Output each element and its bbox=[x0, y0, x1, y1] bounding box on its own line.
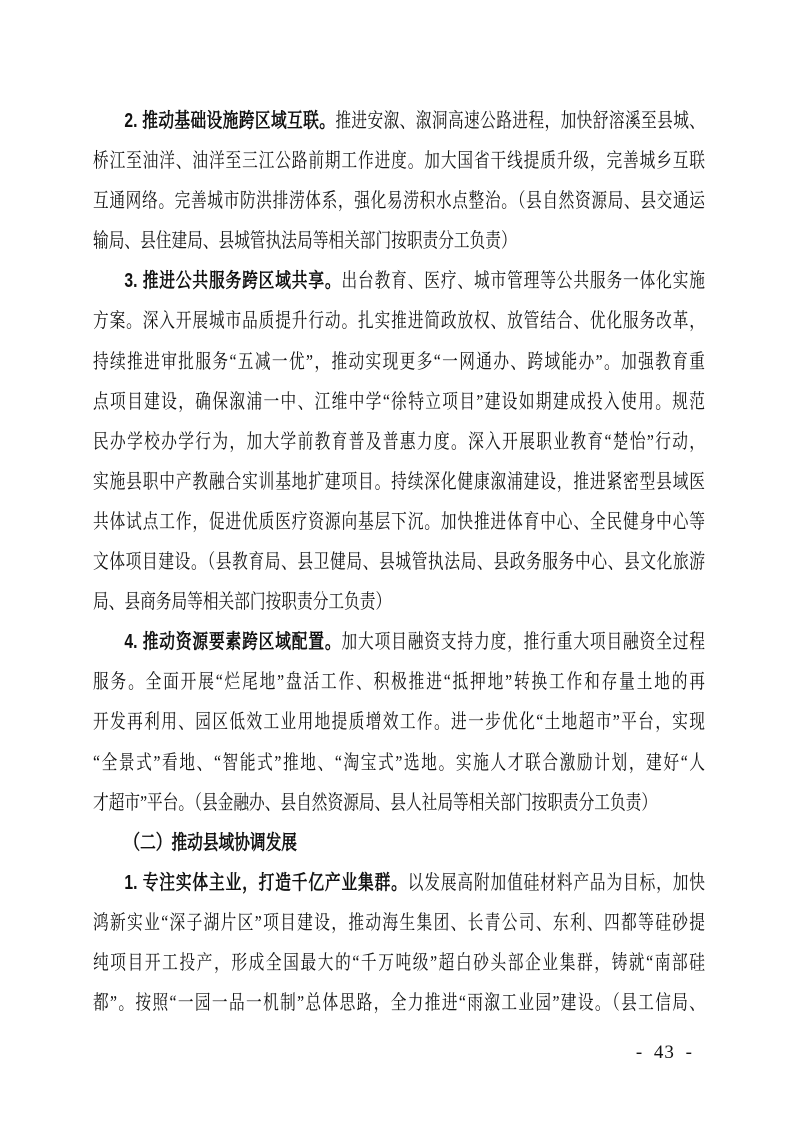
paragraph-text: 出台教育、医疗、城市管理等公共服务一体化实施 bbox=[341, 270, 705, 292]
document-body: 2. 推动基础设施跨区域互联。推进安溆、溆洞高速公路进程，加快舒溶溪至县城、桥江… bbox=[93, 101, 705, 1023]
paragraph-text: 点项目建设，确保溆浦一中、江维中学“徐特立项目”建设如期建成投入使用。规范 bbox=[93, 391, 705, 413]
paragraph-text: 纯项目开工投产，形成全国最大的“千万吨级”超白砂头部企业集群，铸就“南部硅 bbox=[93, 952, 705, 974]
body-line: 都”。按照“一园一品一机制”总体思路，全力推进“雨溆工业园”建设。（县工信局、 bbox=[93, 983, 705, 1023]
paragraph-text: 桥江至油洋、油洋至三江公路前期工作进度。加大国省干线提质升级，完善城乡互联 bbox=[93, 150, 705, 172]
body-line: 2. 推动基础设施跨区域互联。推进安溆、溆洞高速公路进程，加快舒溶溪至县城、 bbox=[93, 101, 705, 141]
body-line: 共体试点工作，促进优质医疗资源向基层下沉。加快推进体育中心、全民健身中心等 bbox=[93, 502, 705, 542]
paragraph-text: 民办学校办学行为，加大学前教育普及普惠力度。深入开展职业教育“楚怡”行动， bbox=[93, 431, 705, 453]
paragraph-lead: 2. 推动基础设施跨区域互联。 bbox=[124, 110, 335, 132]
body-line: 服务。全面开展“烂尾地”盘活工作、积极推进“抵押地”转换工作和存量土地的再 bbox=[93, 662, 705, 702]
body-line: 桥江至油洋、油洋至三江公路前期工作进度。加大国省干线提质升级，完善城乡互联 bbox=[93, 141, 705, 181]
body-line: 持续推进审批服务“五减一优”，推动实现更多“一网通办、跨域能办”。加强教育重 bbox=[93, 342, 705, 382]
paragraph-text: 开发再利用、园区低效工业用地提质增效工作。进一步优化“土地超市”平台，实现 bbox=[93, 711, 705, 733]
body-line: 鸿新实业“深子湖片区”项目建设，推动海生集团、长青公司、东利、四都等硅砂提 bbox=[93, 903, 705, 943]
paragraph-text: 方案。深入开展城市品质提升行动。扎实推进简政放权、放管结合、优化服务改革， bbox=[93, 310, 705, 332]
body-line: 方案。深入开展城市品质提升行动。扎实推进简政放权、放管结合、优化服务改革， bbox=[93, 301, 705, 341]
body-line: 1. 专注实体主业，打造千亿产业集群。以发展高附加值硅材料产品为目标，加快 bbox=[93, 863, 705, 903]
body-line: “全景式”看地、“智能式”推地、“淘宝式”选地。实施人才联合激励计划，建好“人 bbox=[93, 743, 705, 783]
paragraph-text: 共体试点工作，促进优质医疗资源向基层下沉。加快推进体育中心、全民健身中心等 bbox=[93, 511, 705, 533]
body-line: 3. 推进公共服务跨区域共享。出台教育、医疗、城市管理等公共服务一体化实施 bbox=[93, 261, 705, 301]
paragraph-text: 局、县商务局等相关部门按职责分工负责） bbox=[93, 591, 391, 613]
body-line: 局、县商务局等相关部门按职责分工负责） bbox=[93, 582, 705, 622]
body-line: 输局、县住建局、县城管执法局等相关部门按职责分工负责） bbox=[93, 221, 705, 261]
body-line: 实施县职中产教融合实训基地扩建项目。持续深化健康溆浦建设，推进紧密型县域医 bbox=[93, 462, 705, 502]
body-line: 才超市”平台。（县金融办、县自然资源局、县人社局等相关部门按职责分工负责） bbox=[93, 783, 705, 823]
paragraph-text: 输局、县住建局、县城管执法局等相关部门按职责分工负责） bbox=[93, 230, 517, 252]
body-line: 4. 推动资源要素跨区域配置。加大项目融资支持力度，推行重大项目融资全过程 bbox=[93, 622, 705, 662]
body-line: （二）推动县域协调发展 bbox=[93, 823, 705, 863]
paragraph-text: 鸿新实业“深子湖片区”项目建设，推动海生集团、长青公司、东利、四都等硅砂提 bbox=[93, 912, 705, 934]
paragraph-lead: 1. 专注实体主业，打造千亿产业集群。 bbox=[124, 872, 407, 894]
body-line: 开发再利用、园区低效工业用地提质增效工作。进一步优化“土地超市”平台，实现 bbox=[93, 702, 705, 742]
paragraph-text: 以发展高附加值硅材料产品为目标，加快 bbox=[408, 872, 705, 894]
paragraph-text: 文体项目建设。（县教育局、县卫健局、县城管执法局、县政务服务中心、县文化旅游 bbox=[93, 551, 705, 573]
body-line: 互通网络。完善城市防洪排涝体系，强化易涝积水点整治。（县自然资源局、县交通运 bbox=[93, 181, 705, 221]
body-line: 民办学校办学行为，加大学前教育普及普惠力度。深入开展职业教育“楚怡”行动， bbox=[93, 422, 705, 462]
body-line: 点项目建设，确保溆浦一中、江维中学“徐特立项目”建设如期建成投入使用。规范 bbox=[93, 382, 705, 422]
paragraph-text: 才超市”平台。（县金融办、县自然资源局、县人社局等相关部门按职责分工负责） bbox=[93, 792, 657, 814]
body-line: 文体项目建设。（县教育局、县卫健局、县城管执法局、县政务服务中心、县文化旅游 bbox=[93, 542, 705, 582]
page-number: - 43 - bbox=[636, 1042, 693, 1064]
paragraph-text: 推进安溆、溆洞高速公路进程，加快舒溶溪至县城、 bbox=[335, 110, 705, 132]
paragraph-lead: 3. 推进公共服务跨区域共享。 bbox=[124, 270, 341, 292]
document-page: 2. 推动基础设施跨区域互联。推进安溆、溆洞高速公路进程，加快舒溶溪至县城、桥江… bbox=[0, 0, 793, 1122]
paragraph-lead: （二）推动县域协调发展 bbox=[124, 832, 297, 854]
paragraph-text: “全景式”看地、“智能式”推地、“淘宝式”选地。实施人才联合激励计划，建好“人 bbox=[93, 752, 705, 774]
paragraph-text: 都”。按照“一园一品一机制”总体思路，全力推进“雨溆工业园”建设。（县工信局、 bbox=[93, 992, 705, 1014]
paragraph-text: 持续推进审批服务“五减一优”，推动实现更多“一网通办、跨域能办”。加强教育重 bbox=[93, 351, 705, 373]
paragraph-text: 加大项目融资支持力度，推行重大项目融资全过程 bbox=[341, 631, 705, 653]
paragraph-text: 实施县职中产教融合实训基地扩建项目。持续深化健康溆浦建设，推进紧密型县域医 bbox=[93, 471, 705, 493]
paragraph-text: 服务。全面开展“烂尾地”盘活工作、积极推进“抵押地”转换工作和存量土地的再 bbox=[93, 671, 705, 693]
body-line: 纯项目开工投产，形成全国最大的“千万吨级”超白砂头部企业集群，铸就“南部硅 bbox=[93, 943, 705, 983]
paragraph-text: 互通网络。完善城市防洪排涝体系，强化易涝积水点整治。（县自然资源局、县交通运 bbox=[93, 190, 705, 212]
paragraph-lead: 4. 推动资源要素跨区域配置。 bbox=[124, 631, 341, 653]
